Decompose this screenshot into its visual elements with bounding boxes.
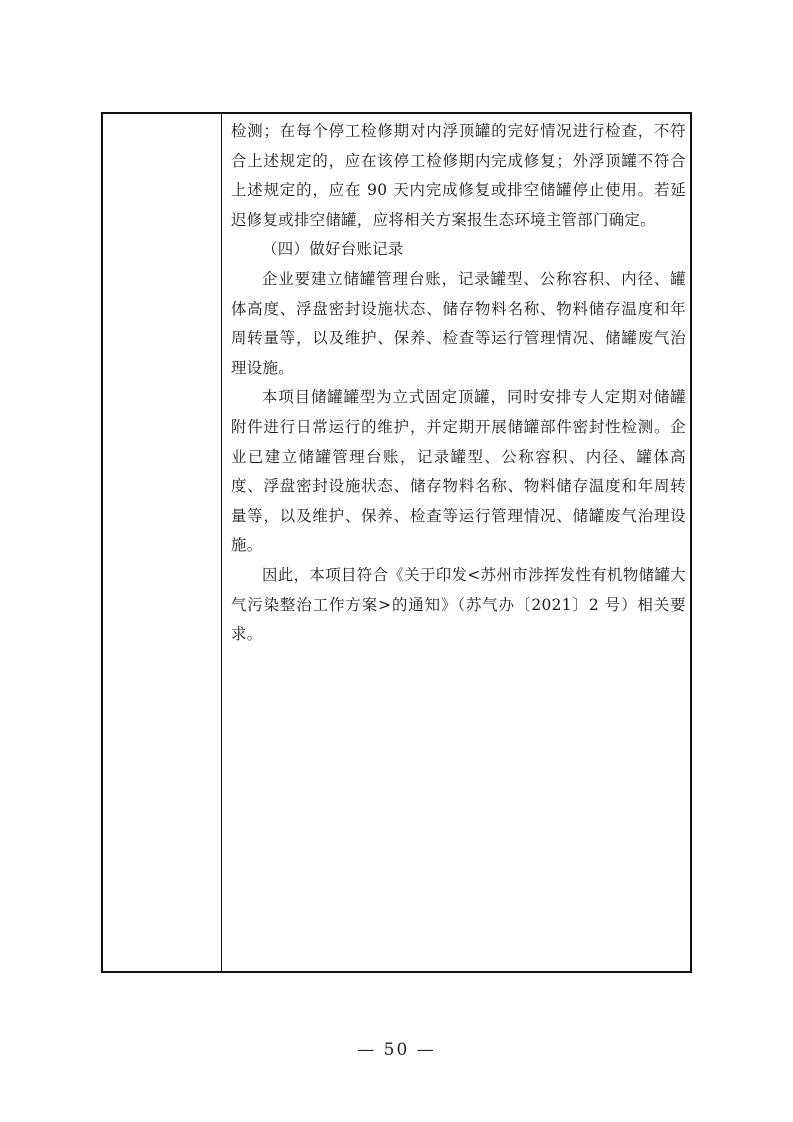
paragraph-conclusion: 因此，本项目符合《关于印发<苏州市涉挥发性有机物储罐大气污染整治工作方案>的通知… bbox=[231, 561, 686, 650]
content-table: 检测；在每个停工检修期对内浮顶罐的完好情况进行检查，不符合上述规定的，应在该停工… bbox=[101, 112, 692, 973]
section-heading: （四）做好台账记录 bbox=[231, 235, 686, 265]
table-left-cell bbox=[103, 114, 222, 971]
paragraph-ledger-requirement: 企业要建立储罐管理台账，记录罐型、公称容积、内径、罐体高度、浮盘密封设施状态、储… bbox=[231, 265, 686, 383]
table-right-cell: 检测；在每个停工检修期对内浮顶罐的完好情况进行检查，不符合上述规定的，应在该停工… bbox=[224, 114, 690, 971]
page-number: — 50 — bbox=[0, 1040, 793, 1060]
paragraph-continuation: 检测；在每个停工检修期对内浮顶罐的完好情况进行检查，不符合上述规定的，应在该停工… bbox=[231, 117, 686, 235]
paragraph-project-status: 本项目储罐罐型为立式固定顶罐，同时安排专人定期对储罐附件进行日常运行的维护，并定… bbox=[231, 383, 686, 561]
